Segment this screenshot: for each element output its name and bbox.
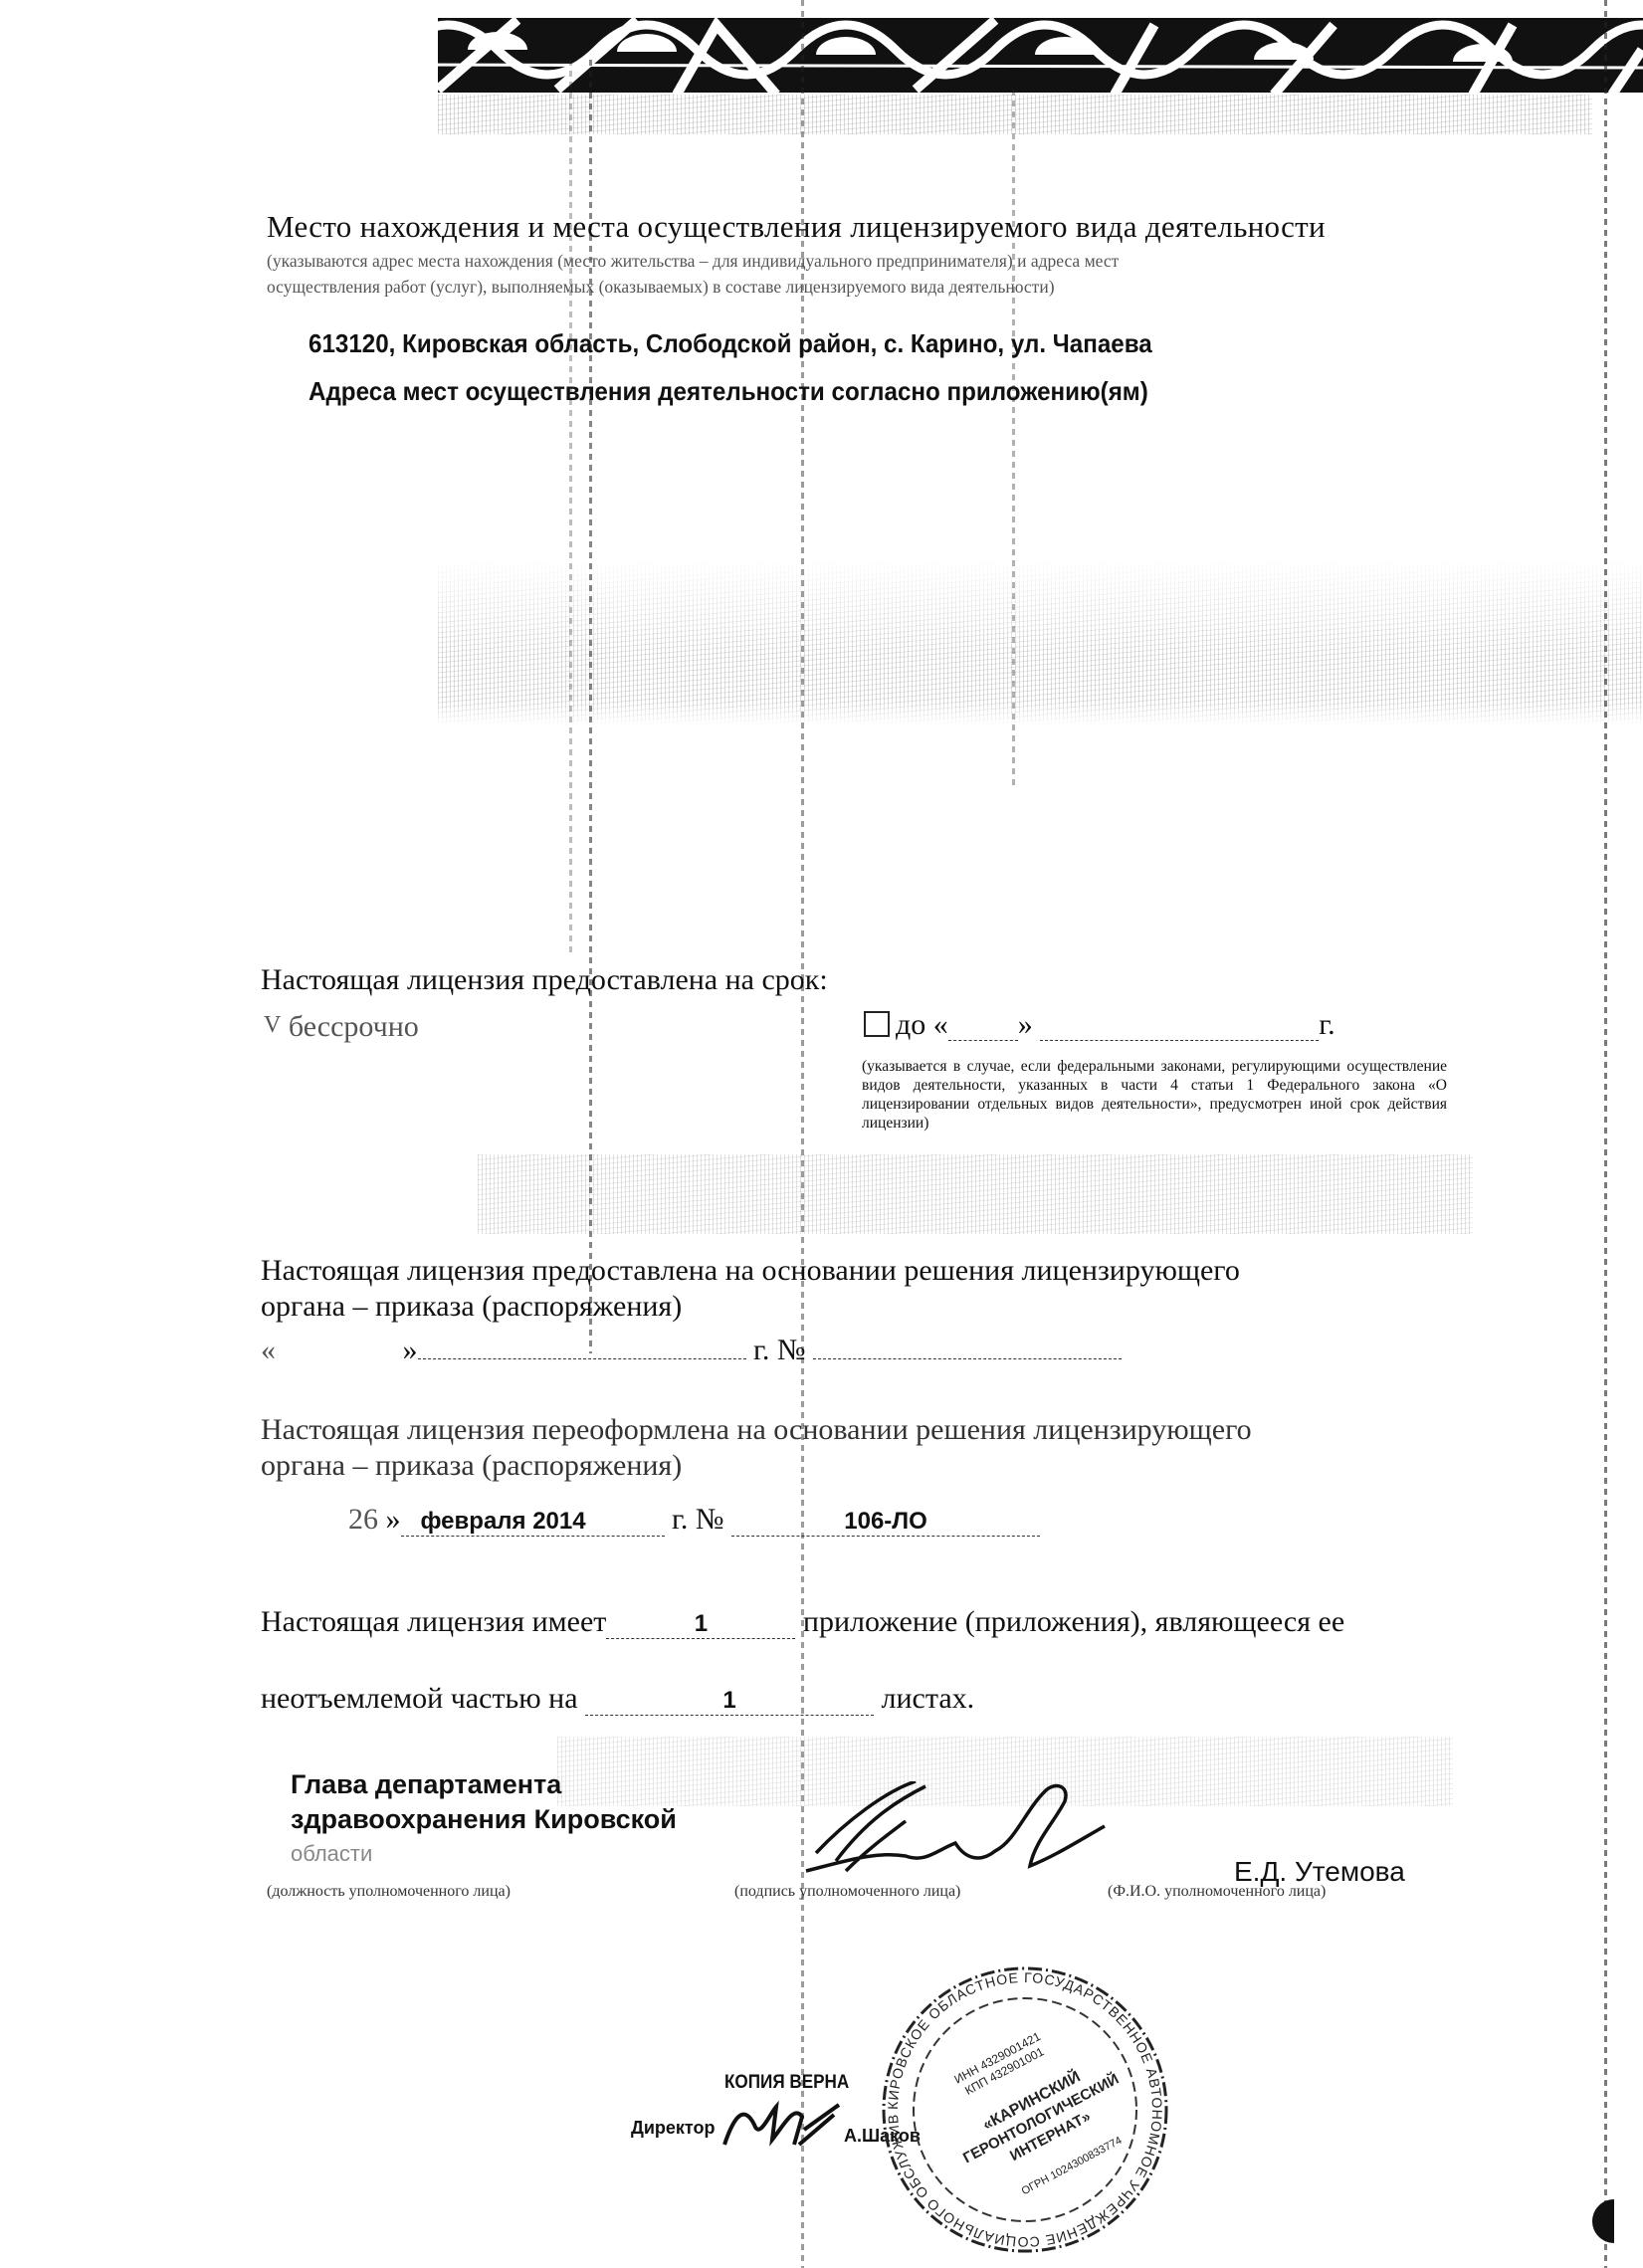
granted-month-year-field	[418, 1358, 746, 1359]
director-label: Директор	[631, 2118, 715, 2139]
granted-number-label: №	[777, 1334, 806, 1366]
granted-year-label: г.	[753, 1334, 769, 1366]
reissued-year-label: г.	[672, 1503, 688, 1536]
reissued-month-year: февраля 2014	[401, 1508, 665, 1537]
appendix-line1-suffix: приложение (приложения), являющееся ее	[803, 1605, 1344, 1638]
granted-line1: Настоящая лицензия предоставлена на осно…	[261, 1254, 1240, 1288]
appendix-line2: неотъемлемой частью на 1 листах.	[261, 1682, 974, 1716]
scan-noise	[438, 95, 1592, 134]
location-section-note: осуществления работ (услуг), выполняемых…	[267, 277, 1055, 298]
name-caption: (Ф.И.О. уполномоченного лица)	[1108, 1883, 1326, 1901]
reissued-number: 106-ЛО	[731, 1508, 1040, 1537]
term-section-title: Настоящая лицензия предоставлена на срок…	[261, 963, 828, 997]
sheet-count: 1	[585, 1687, 874, 1716]
addresses-note: Адреса мест осуществления деятельности с…	[308, 376, 1148, 407]
reissued-number-label: №	[696, 1503, 724, 1536]
location-address: 613120, Кировская область, Слободской ра…	[308, 328, 1152, 359]
signer-position-line2: здравоохранения Кировской	[291, 1804, 677, 1835]
scan-noise	[438, 557, 1642, 726]
term-indefinite-label: бессрочно	[289, 1010, 419, 1043]
term-until-close-quote: »	[1018, 1008, 1033, 1041]
signature-caption: (подпись уполномоченного лица)	[734, 1883, 960, 1901]
appendix-line2-suffix: листах.	[882, 1682, 975, 1715]
signature-image	[786, 1781, 1115, 1881]
appendix-line2-prefix: неотъемлемой частью на	[261, 1682, 578, 1715]
term-until-month-field	[1040, 1017, 1319, 1041]
guilloche-header-pattern	[398, 10, 1643, 104]
position-caption: (должность уполномоченного лица)	[267, 1883, 511, 1901]
term-until-day-field	[948, 1017, 1018, 1041]
checkbox-icon	[864, 1011, 890, 1037]
reissued-line2: органа – приказа (распоряжения)	[261, 1449, 682, 1483]
copy-true-label: КОПИЯ ВЕРНА	[724, 2072, 849, 2094]
scan-streak	[569, 60, 572, 955]
scan-streak	[1604, 0, 1607, 2268]
location-section-title: Место нахождения и места осуществления л…	[267, 209, 1326, 245]
reissued-date-close: »	[386, 1503, 401, 1536]
reissued-date-line: 26 »февраля 2014 г. № 106-ЛО	[261, 1503, 1040, 1537]
location-section-note: (указываются адрес места нахождения (мес…	[267, 251, 1119, 272]
term-option-until: до « » г.	[864, 1008, 1451, 1042]
reissued-line1: Настоящая лицензия переоформлена на осно…	[261, 1413, 1252, 1447]
term-until-label: до «	[896, 1008, 948, 1041]
appendix-line1-prefix: Настоящая лицензия имеет	[261, 1605, 606, 1638]
signer-position-line1: Глава департамента	[291, 1769, 561, 1800]
granted-line2: органа – приказа (распоряжения)	[261, 1290, 682, 1324]
appendix-line1: Настоящая лицензия имеет1 приложение (пр…	[261, 1605, 1344, 1639]
appendix-count: 1	[606, 1610, 795, 1639]
granted-number-field	[813, 1358, 1122, 1359]
term-until-note: (указывается в случае, если федеральными…	[862, 1057, 1447, 1133]
check-mark-icon: V	[264, 1012, 281, 1038]
granted-date-close: »	[403, 1334, 418, 1366]
granted-date-open: «	[261, 1334, 276, 1366]
scan-noise	[478, 1154, 1473, 1234]
director-signature-image	[715, 2095, 844, 2155]
reissued-day: 26	[261, 1503, 378, 1537]
term-option-indefinite: V бессрочно	[264, 1010, 419, 1044]
term-until-year-label: г.	[1319, 1008, 1335, 1041]
scan-streak	[1012, 90, 1015, 786]
hole-punch-mark	[1592, 2199, 1614, 2243]
signer-position-line3: области	[291, 1841, 372, 1867]
organization-seal: КИРОВСКОЕ ОБЛАСТНОЕ ГОСУДАРСТВЕННОЕ АВТО…	[876, 1960, 1174, 2259]
granted-date-line: « » г. №	[261, 1334, 1122, 1367]
